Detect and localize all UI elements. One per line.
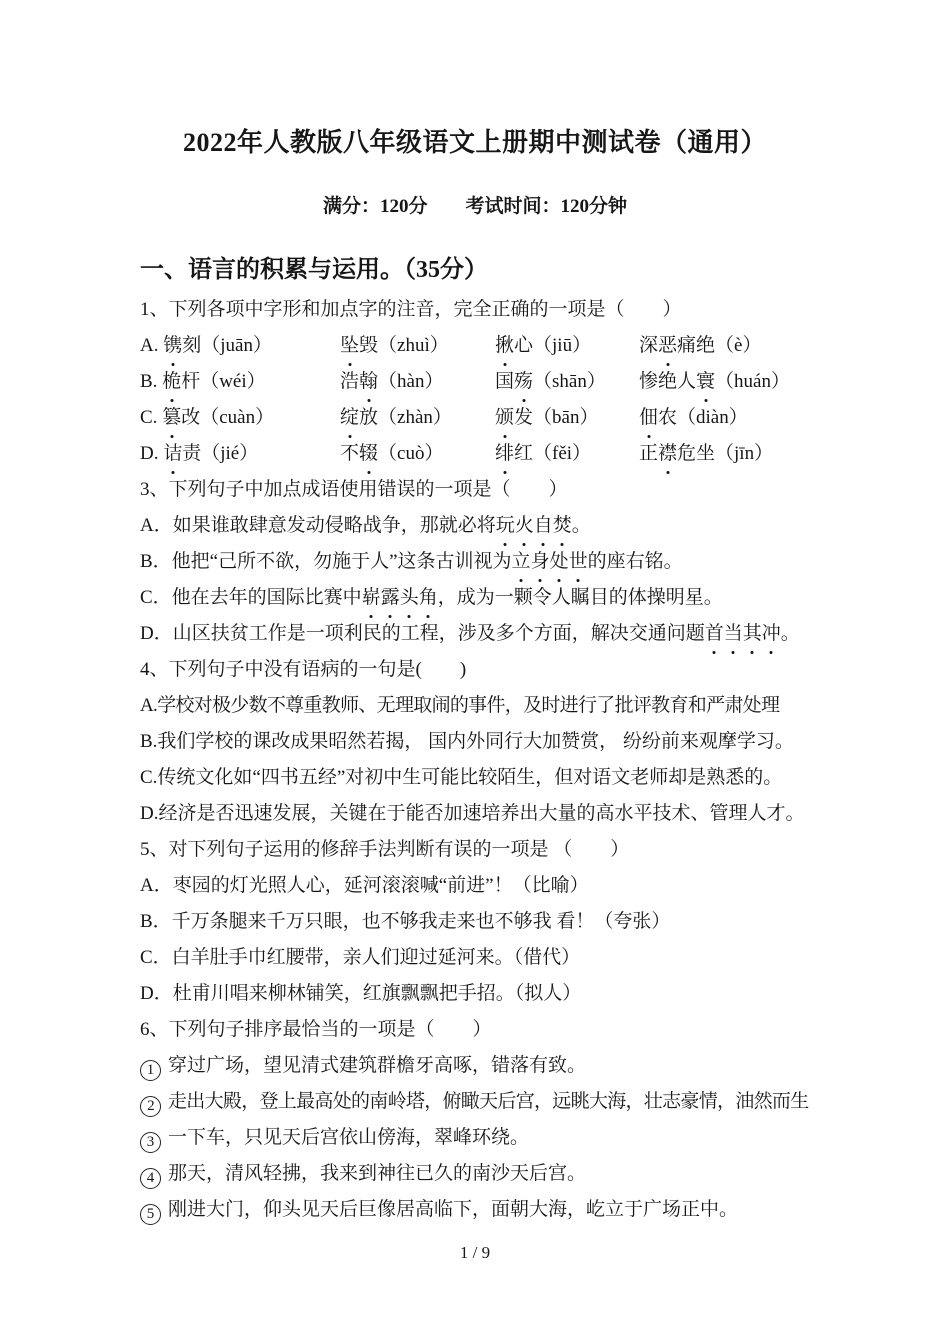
q6-item-1: 1穿过广场，望见清式建筑群檐牙高啄，错落有致。 <box>140 1048 832 1084</box>
q1-d-term-1: D. 诘责（jié） <box>140 436 340 472</box>
q1-option-row-b: B. 桅杆（wéi） 浩翰（hàn） 国殇（shān） 惨绝人寰（huán） <box>140 364 832 400</box>
q1-a-term-1: A. 镌刻（juān） <box>140 328 340 364</box>
q6-item-4: 4那天，清风轻拂，我来到神往已久的南沙天后宫。 <box>140 1156 832 1192</box>
q6-item-4-text: 那天，清风轻拂，我来到神往已久的南沙天后宫。 <box>168 1163 586 1184</box>
q5-option-b: B．千万条腿来千万只眼，也不够我走来也不够我 看！（夸张） <box>140 904 832 940</box>
q1-c-term-3: 颁发（bān） <box>495 400 639 436</box>
exam-document-page: 2022年人教版八年级语文上册期中测试卷（通用） 满分：120分 考试时间：12… <box>0 0 950 1344</box>
q4-option-a: A.学校对极少数不尊重教师、无理取闹的事件，及时进行了批评教育和严肃处理 <box>140 688 832 724</box>
q6-stem: 6、下列句子排序最恰当的一项是（ ） <box>140 1012 832 1048</box>
circled-number-1: 1 <box>140 1060 161 1081</box>
q6-item-3: 3一下车，只见天后宫依山傍海，翠峰环绕。 <box>140 1120 832 1156</box>
q1-c-term-2: 绽放（zhàn） <box>340 400 495 436</box>
q5-stem: 5、对下列句子运用的修辞手法判断有误的一项是 （ ） <box>140 832 832 868</box>
q3-stem: 3、下列句子中加点成语使用错误的一项是（ ） <box>140 472 832 508</box>
q5-option-c: C．白羊肚手巾红腰带，亲人们迎过延河来。（借代） <box>140 940 832 976</box>
q1-option-row-a: A. 镌刻（juān） 坠毁（zhuì） 揪心（jiū） 深恶痛绝（è） <box>140 328 832 364</box>
q1-option-row-c: C. 篡改（cuàn） 绽放（zhàn） 颁发（bān） 佃农（diàn） <box>140 400 832 436</box>
q1-b-term-1: B. 桅杆（wéi） <box>140 364 340 400</box>
q1-option-row-d: D. 诘责（jié） 不辍（cuò） 绯红（fěi） 正襟危坐（jīn） <box>140 436 832 472</box>
q1-b-term-2: 浩翰（hàn） <box>340 364 495 400</box>
q1-a-term-3: 揪心（jiū） <box>495 328 639 364</box>
q1-d-term-2: 不辍（cuò） <box>340 436 495 472</box>
q1-c-term-4: 佃农（diàn） <box>639 400 832 436</box>
q6-item-5-text: 刚进大门，仰头见天后巨像居高临下，面朝大海，屹立于广场正中。 <box>168 1199 738 1220</box>
q4-option-b: B.我们学校的课改成果昭然若揭， 国内外同行大加赞赏， 纷纷前来观摩学习。 <box>140 724 832 760</box>
q4-option-c: C.传统文化如“四书五经”对初中生可能比较陌生，但对语文老师却是熟悉的。 <box>140 760 832 796</box>
q1-a-term-4: 深恶痛绝（è） <box>639 328 832 364</box>
page-number-indicator: 1 / 9 <box>0 1243 950 1263</box>
q1-b-term-4: 惨绝人寰（huán） <box>639 364 832 400</box>
q3-option-c: C．他在去年的国际比赛中崭露头角，成为一颗令人瞩目的体操明星。 <box>140 580 832 616</box>
circled-number-5: 5 <box>140 1204 161 1225</box>
q6-item-3-text: 一下车，只见天后宫依山傍海，翠峰环绕。 <box>168 1127 529 1148</box>
question-area: 1、下列各项中字形和加点字的注音，完全正确的一项是（ ） A. 镌刻（juān）… <box>140 292 832 1228</box>
q6-item-2-text: 走出大殿，登上最高处的南岭塔，俯瞰天后宫，远眺大海，壮志豪情，油然而生 <box>168 1091 809 1112</box>
q5-option-d: D．杜甫川唱来柳林铺笑，红旗飘飘把手招。（拟人） <box>140 976 832 1012</box>
q6-item-5: 5刚进大门，仰头见天后巨像居高临下，面朝大海，屹立于广场正中。 <box>140 1192 832 1228</box>
q1-d-term-4: 正襟危坐（jīn） <box>639 436 832 472</box>
page-title: 2022年人教版八年级语文上册期中测试卷（通用） <box>0 122 950 159</box>
q6-item-1-text: 穿过广场，望见清式建筑群檐牙高啄，错落有致。 <box>168 1055 586 1076</box>
section-1-heading: 一、语言的积累与运用。（35分） <box>140 249 488 284</box>
circled-number-2: 2 <box>140 1096 161 1117</box>
q6-item-2: 2走出大殿，登上最高处的南岭塔，俯瞰天后宫，远眺大海，壮志豪情，油然而生 <box>140 1084 832 1120</box>
q1-stem: 1、下列各项中字形和加点字的注音，完全正确的一项是（ ） <box>140 292 832 328</box>
q3-option-b: B．他把“己所不欲，勿施于人”这条古训视为立身处世的座右铭。 <box>140 544 832 580</box>
exam-meta-line: 满分：120分 考试时间：120分钟 <box>0 191 950 218</box>
q3-option-a: A．如果谁敢肆意发动侵略战争，那就必将玩火自焚。 <box>140 508 832 544</box>
q4-stem: 4、下列句子中没有语病的一句是( ) <box>140 652 832 688</box>
q5-option-a: A．枣园的灯光照人心，延河滚滚喊“前进”！（比喻） <box>140 868 832 904</box>
circled-number-4: 4 <box>140 1168 161 1189</box>
circled-number-3: 3 <box>140 1132 161 1153</box>
q1-a-term-2: 坠毁（zhuì） <box>340 328 495 364</box>
q4-option-d: D.经济是否迅速发展，关键在于能否加速培养出大量的高水平技术、管理人才。 <box>140 796 832 832</box>
q1-c-term-1: C. 篡改（cuàn） <box>140 400 340 436</box>
q3-option-d: D．山区扶贫工作是一项利民的工程，涉及多个方面，解决交通问题首当其冲。 <box>140 616 832 652</box>
q1-d-term-3: 绯红（fěi） <box>495 436 639 472</box>
q1-b-term-3: 国殇（shān） <box>495 364 639 400</box>
